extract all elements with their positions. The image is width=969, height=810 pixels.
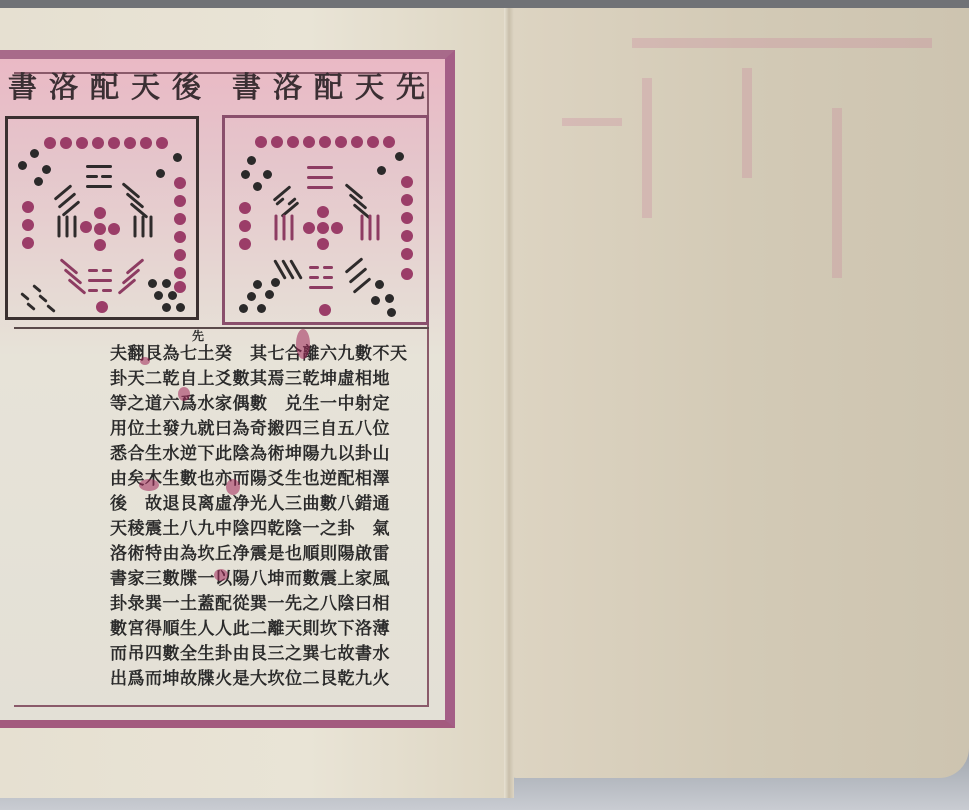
- text-row: 夫翻艮為七土癸 其七合離六九數不天: [110, 343, 430, 365]
- printed-frame: 書洛配天後 書洛配天先: [0, 50, 455, 728]
- text-row: 書家三數牒一以陽八坤而數震上家風: [110, 568, 430, 590]
- trigram-line: [307, 166, 333, 169]
- trigram-line: [66, 216, 69, 238]
- luoshu-dot: [140, 137, 152, 149]
- luoshu-dot: [76, 137, 88, 149]
- trigram-line: [32, 284, 42, 293]
- left-page: 書洛配天後 書洛配天先: [0, 8, 512, 798]
- trigram-line: [86, 175, 98, 178]
- luoshu-dot: [162, 279, 171, 288]
- luoshu-dot: [247, 156, 256, 165]
- ink-stain: [296, 329, 310, 359]
- trigram-line: [26, 302, 36, 311]
- luoshu-dot: [174, 177, 186, 189]
- luoshu-dot: [94, 207, 106, 219]
- luoshu-dot: [94, 223, 106, 235]
- luoshu-dot: [377, 166, 386, 175]
- luoshu-dot: [239, 304, 248, 313]
- trigram-line: [134, 216, 137, 238]
- luoshu-dot: [239, 202, 251, 214]
- diagram-xiantian-luoshu: [222, 115, 429, 325]
- luoshu-dot: [271, 136, 283, 148]
- luoshu-dot: [168, 291, 177, 300]
- luoshu-dot: [94, 239, 106, 251]
- luoshu-dot: [174, 213, 186, 225]
- bleed-through-stain: [642, 78, 652, 218]
- luoshu-dot: [317, 206, 329, 218]
- luoshu-dot: [401, 230, 413, 242]
- luoshu-dot: [124, 137, 136, 149]
- ink-stain: [139, 479, 159, 491]
- luoshu-dot: [42, 165, 51, 174]
- ink-stain: [140, 357, 150, 365]
- luoshu-dot: [96, 301, 108, 313]
- trigram-line: [88, 289, 98, 292]
- bleed-through-stain: [632, 38, 932, 48]
- luoshu-dot: [319, 304, 331, 316]
- luoshu-dot: [401, 268, 413, 280]
- trigram-line: [377, 215, 380, 241]
- bleed-through-stain: [562, 118, 622, 126]
- luoshu-dot: [331, 222, 343, 234]
- luoshu-dot: [257, 304, 266, 313]
- trigram-line: [323, 266, 333, 269]
- luoshu-dot: [303, 222, 315, 234]
- trigram-line: [323, 276, 333, 279]
- luoshu-dot: [395, 152, 404, 161]
- trigram-line: [291, 215, 294, 241]
- trigram-line: [20, 292, 30, 301]
- luoshu-dot: [317, 222, 329, 234]
- luoshu-dot: [174, 231, 186, 243]
- trigram-line: [361, 215, 364, 241]
- book-spine-fold: [504, 8, 514, 798]
- luoshu-dot: [156, 169, 165, 178]
- text-row: 洛術特由為坎丘净震是也順則陽啟雷: [110, 543, 430, 565]
- trigram-line: [88, 269, 98, 272]
- trigram-line: [102, 269, 112, 272]
- commentary-text-block: 先 夫翻艮為七土癸 其七合離六九數不天 卦天二乾自上爻數其焉三乾坤虛相地 等之道…: [14, 327, 429, 694]
- trigram-line: [38, 294, 48, 303]
- trigram-line: [283, 215, 286, 241]
- title-houtian-peiluoshu: 書洛配天後: [8, 67, 213, 107]
- background-top: [0, 0, 969, 8]
- text-row: 數宮得順生人人此二離天則坎下洛薄: [110, 618, 430, 640]
- text-row: 等之道六爲水家偶數 兑生一中射定: [110, 393, 430, 415]
- trigram-line: [46, 304, 56, 313]
- text-row: 出爲而坤故牒火是大坎位二艮乾九火: [110, 668, 430, 690]
- luoshu-dot: [174, 195, 186, 207]
- luoshu-dot: [319, 136, 331, 148]
- trigram-line: [309, 286, 333, 289]
- trigram-line: [86, 185, 112, 188]
- trigram-line: [86, 165, 112, 168]
- luoshu-dot: [18, 161, 27, 170]
- luoshu-dot: [255, 136, 267, 148]
- luoshu-dot: [335, 136, 347, 148]
- trigram-line: [102, 289, 112, 292]
- luoshu-dot: [60, 137, 72, 149]
- luoshu-dot: [176, 303, 185, 312]
- diagram-houtian-luoshu: [5, 116, 199, 320]
- text-row: 卦彔巽一土蓋配從巽一先之八陰曰相: [110, 593, 430, 615]
- bleed-through-stain: [742, 68, 752, 178]
- luoshu-dot: [154, 291, 163, 300]
- trigram-line: [88, 279, 112, 282]
- ink-stain: [214, 569, 228, 581]
- luoshu-dot: [173, 153, 182, 162]
- trigram-line: [309, 266, 319, 269]
- trigram-line: [307, 186, 333, 189]
- ink-stain: [178, 387, 190, 401]
- text-row: 卦天二乾自上爻數其焉三乾坤虛相地: [110, 368, 430, 390]
- luoshu-dot: [375, 280, 384, 289]
- luoshu-dot: [241, 170, 250, 179]
- luoshu-dot: [371, 296, 380, 305]
- luoshu-dot: [383, 136, 395, 148]
- luoshu-dot: [22, 219, 34, 231]
- title-xiantian-peiluoshu: 書洛配天先: [232, 67, 437, 107]
- luoshu-dot: [253, 280, 262, 289]
- luoshu-dot: [30, 149, 39, 158]
- trigram-line: [142, 216, 145, 238]
- luoshu-dot: [239, 220, 251, 232]
- luoshu-dot: [401, 212, 413, 224]
- luoshu-dot: [253, 182, 262, 191]
- text-row: 悉合生水逆下此陰為術坤陽九以卦山: [110, 443, 430, 465]
- luoshu-dot: [401, 248, 413, 260]
- text-row: 後 故退艮离虛净光人三曲數八錯通: [110, 493, 430, 515]
- trigram-line: [307, 176, 333, 179]
- luoshu-dot: [174, 267, 186, 279]
- luoshu-dot: [367, 136, 379, 148]
- trigram-line: [369, 215, 372, 241]
- luoshu-dot: [317, 238, 329, 250]
- luoshu-dot: [92, 137, 104, 149]
- luoshu-dot: [80, 221, 92, 233]
- luoshu-dot: [174, 281, 186, 293]
- trigram-line: [58, 216, 61, 238]
- luoshu-dot: [156, 137, 168, 149]
- trigram-line: [74, 216, 77, 238]
- ink-stain: [226, 479, 240, 495]
- luoshu-dot: [401, 194, 413, 206]
- trigram-line: [309, 276, 319, 279]
- luoshu-dot: [351, 136, 363, 148]
- trigram-line: [101, 175, 112, 178]
- luoshu-dot: [271, 278, 280, 287]
- luoshu-dot: [401, 176, 413, 188]
- text-row: 用位土發九就曰為奇摋四三自五八位: [110, 418, 430, 440]
- luoshu-dot: [385, 294, 394, 303]
- luoshu-dot: [148, 279, 157, 288]
- luoshu-dot: [44, 137, 56, 149]
- luoshu-dot: [108, 223, 120, 235]
- luoshu-dot: [287, 136, 299, 148]
- luoshu-dot: [34, 177, 43, 186]
- right-page-blank: [512, 8, 969, 778]
- annotation-xian: 先: [192, 327, 204, 344]
- luoshu-dot: [239, 238, 251, 250]
- luoshu-dot: [263, 170, 272, 179]
- luoshu-dot: [108, 137, 120, 149]
- luoshu-dot: [303, 136, 315, 148]
- luoshu-dot: [22, 201, 34, 213]
- text-row: 天稜震土八九中陰四乾陰一之卦 氣: [110, 518, 430, 540]
- trigram-line: [275, 215, 278, 241]
- luoshu-dot: [387, 308, 396, 317]
- bleed-through-stain: [832, 108, 842, 278]
- luoshu-dot: [162, 303, 171, 312]
- trigram-line: [150, 216, 153, 238]
- luoshu-dot: [22, 237, 34, 249]
- luoshu-dot: [247, 292, 256, 301]
- text-row: 而吊四數全生卦由艮三之巽七故書水: [110, 643, 430, 665]
- luoshu-dot: [265, 290, 274, 299]
- trigram-line: [353, 277, 372, 293]
- luoshu-dot: [174, 249, 186, 261]
